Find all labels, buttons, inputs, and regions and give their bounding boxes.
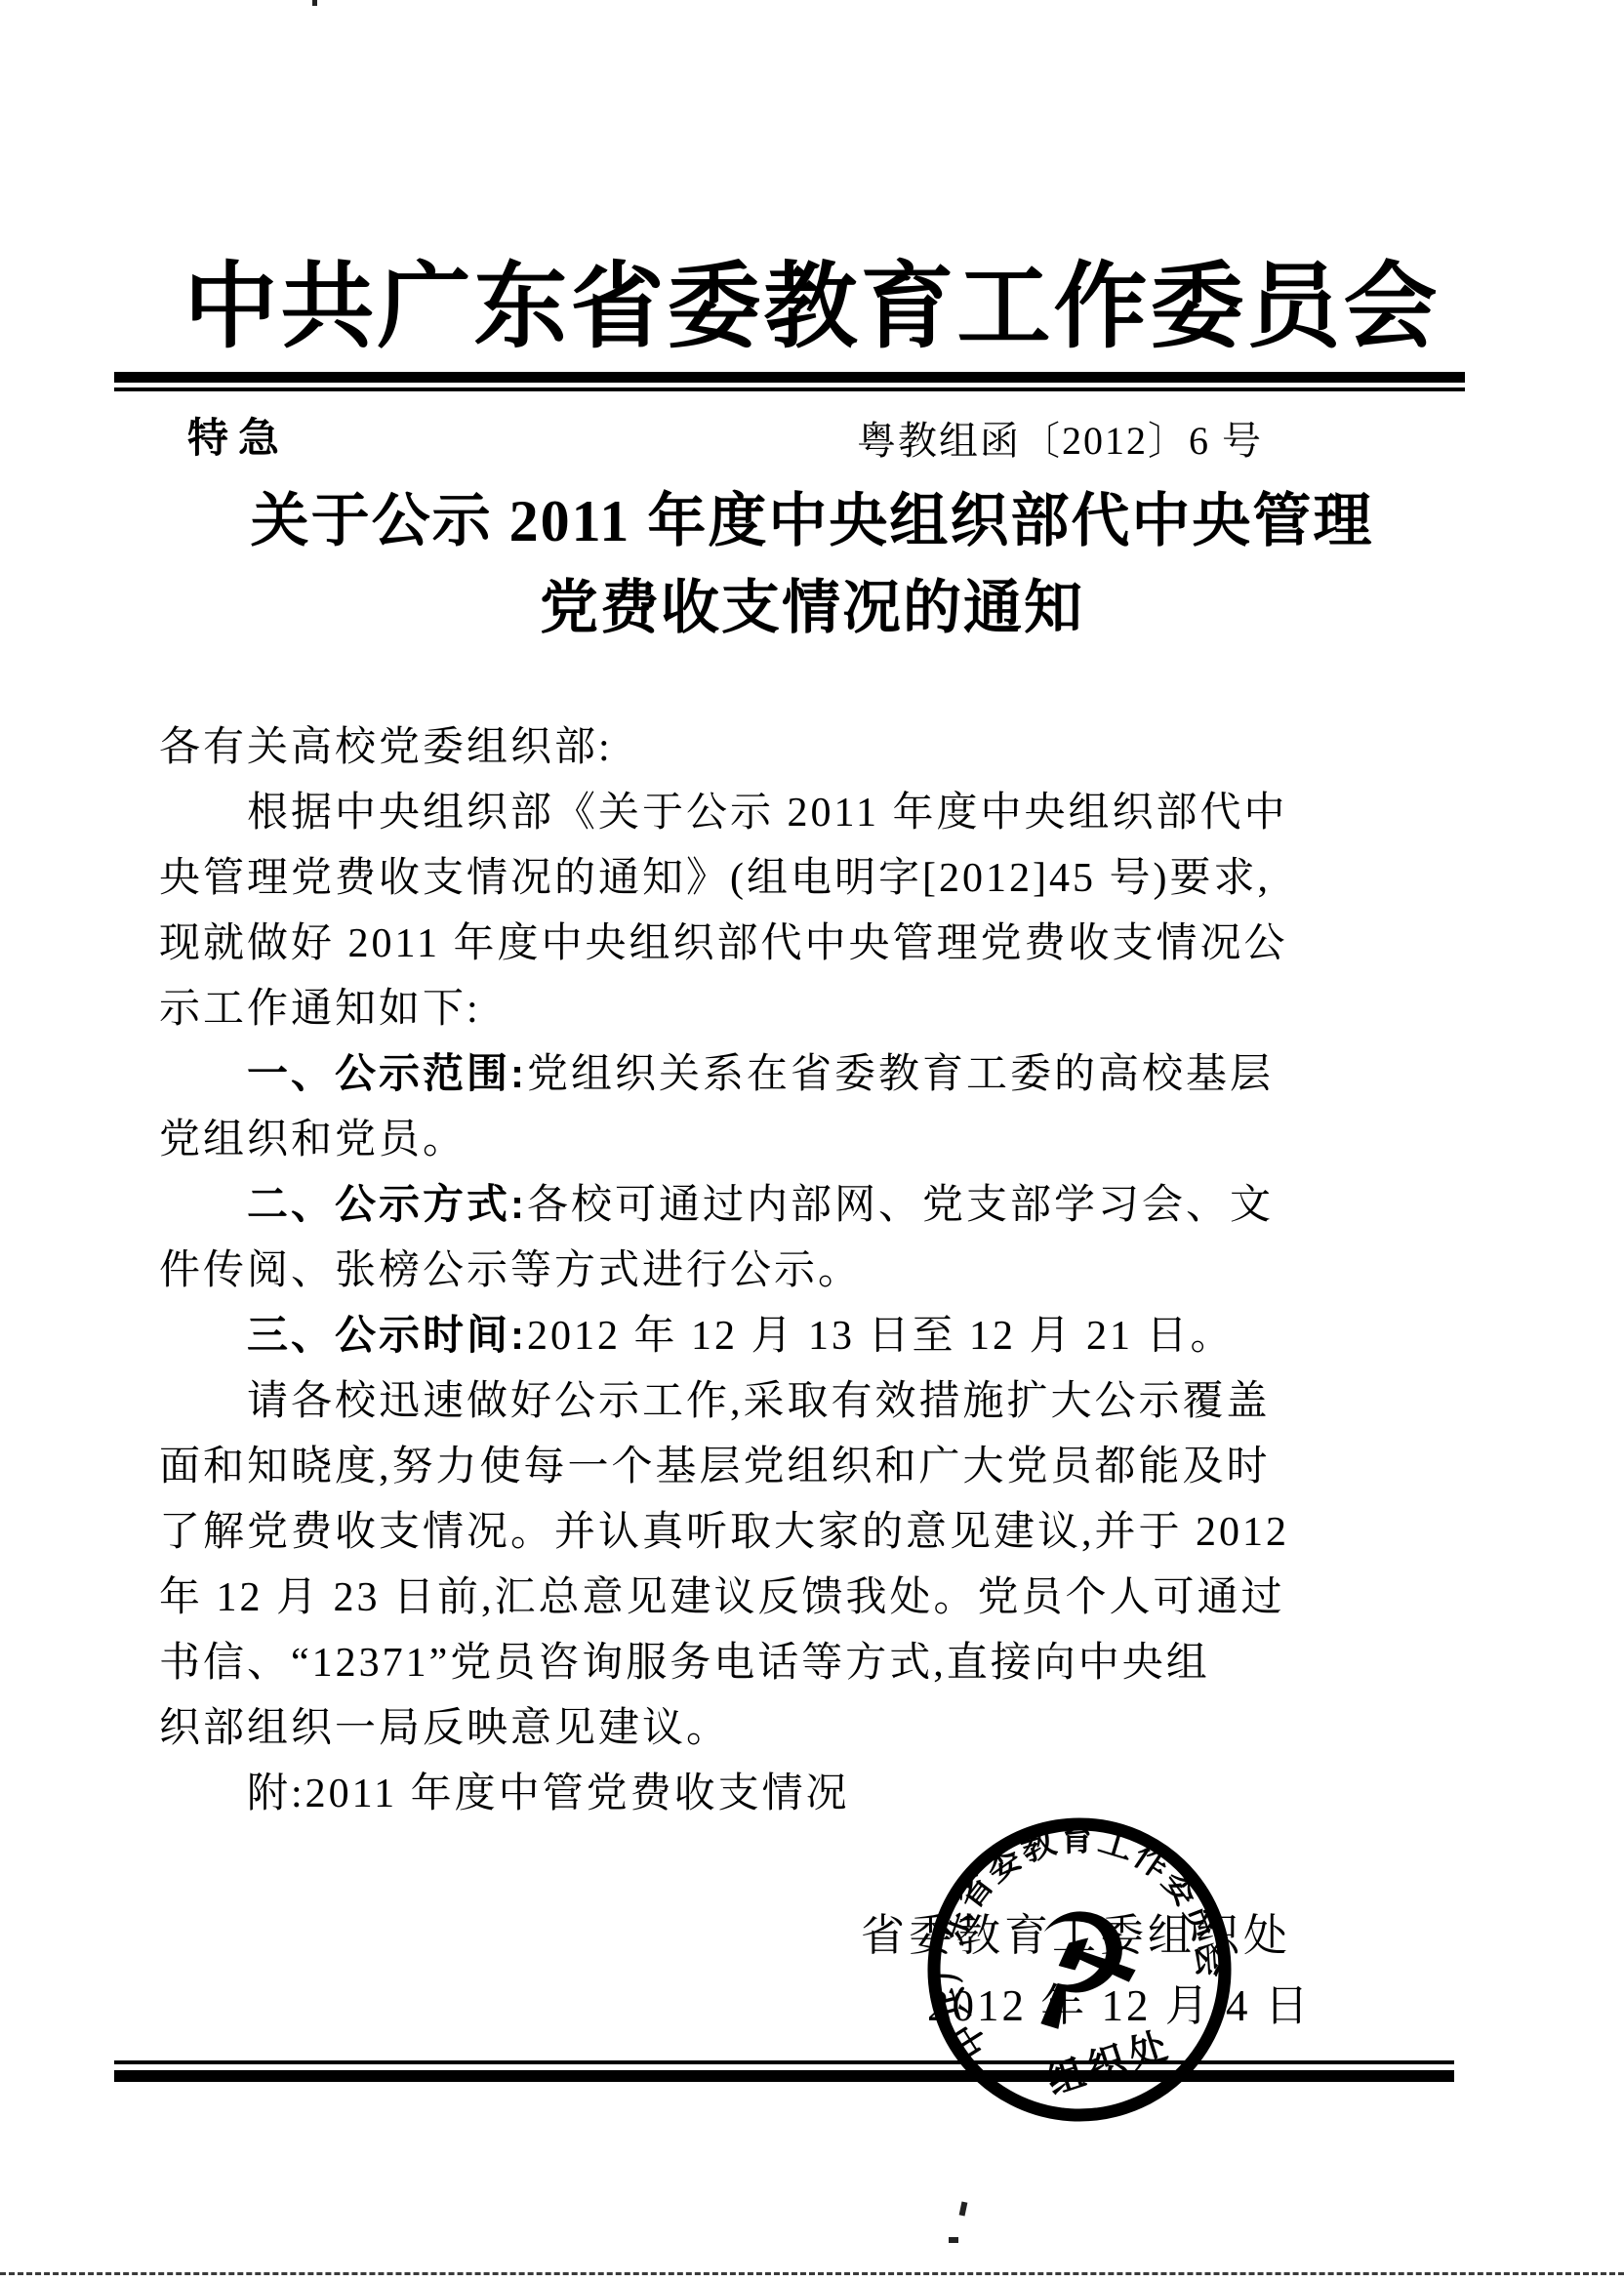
body-line: 一、公示范围:党组织关系在省委教育工委的高校基层 [159,1040,1472,1106]
body-line: 请各校迅速做好公示工作,采取有效措施扩大公示覆盖 [159,1367,1472,1433]
body-line: 党组织和党员。 [159,1106,1472,1171]
header-rule-thin [114,387,1465,391]
issuing-authority-title: 中共广东省委教育工作委员会 [0,232,1624,366]
footer-rule-thick [114,2070,1454,2082]
body-line: 二、公示方式:各校可通过内部网、党支部学习会、文 [159,1171,1472,1237]
body-line: 件传阅、张榜公示等方式进行公示。 [159,1237,1472,1302]
document-body: 各有关高校党委组织部: 根据中央组织部《关于公示 2011 年度中央组织部代中 … [159,713,1472,1825]
body-line: 织部组织一局反映意见建议。 [159,1694,1472,1760]
body-line: 示工作通知如下: [159,975,1472,1040]
body-line: 现就做好 2011 年度中央组织部代中央管理党费收支情况公 [159,910,1472,975]
header-rule-thick [114,372,1465,383]
body-line: 面和知晓度,努力使每一个基层党组织和广大党员都能及时 [159,1433,1472,1498]
document-title-line2: 党费收支情况的通知 [0,565,1624,652]
scan-artifact-speck [949,2237,958,2243]
body-line: 书信、“12371”党员咨询服务电话等方式,直接向中央组 [159,1629,1472,1694]
document-title-line1: 关于公示 2011 年度中央组织部代中央管理 [0,478,1624,565]
document-title: 关于公示 2011 年度中央组织部代中央管理 党费收支情况的通知 [0,478,1624,652]
body-line: 年 12 月 23 日前,汇总意见建议反馈我处。党员个人可通过 [159,1564,1472,1629]
body-line: 根据中央组织部《关于公示 2011 年度中央组织部代中 [159,779,1472,844]
scan-artifact-dotted-line [0,2272,1624,2275]
body-line: 了解党费收支情况。并认真听取大家的意见建议,并于 2012 [159,1498,1472,1564]
footer-rule-thin [114,2060,1454,2064]
body-line: 央管理党费收支情况的通知》(组电明字[2012]45 号)要求, [159,844,1472,910]
document-number: 粤教组函〔2012〕6 号 [857,410,1263,466]
scan-artifact-speck [959,2202,968,2217]
urgency-label: 特急 [187,406,289,465]
body-line-attachment: 附:2011 年度中管党费收支情况 [159,1760,1472,1825]
scan-artifact-speck [312,0,317,6]
document-page: 中共广东省委教育工作委员会 特急 粤教组函〔2012〕6 号 关于公示 2011… [0,0,1624,2282]
official-seal: 中共广东省委教育工作委员会 ☭ 组织处 [918,1809,1240,2131]
body-line: 各有关高校党委组织部: [159,713,1472,779]
body-line: 三、公示时间:2012 年 12 月 13 日至 12 月 21 日。 [159,1302,1472,1367]
